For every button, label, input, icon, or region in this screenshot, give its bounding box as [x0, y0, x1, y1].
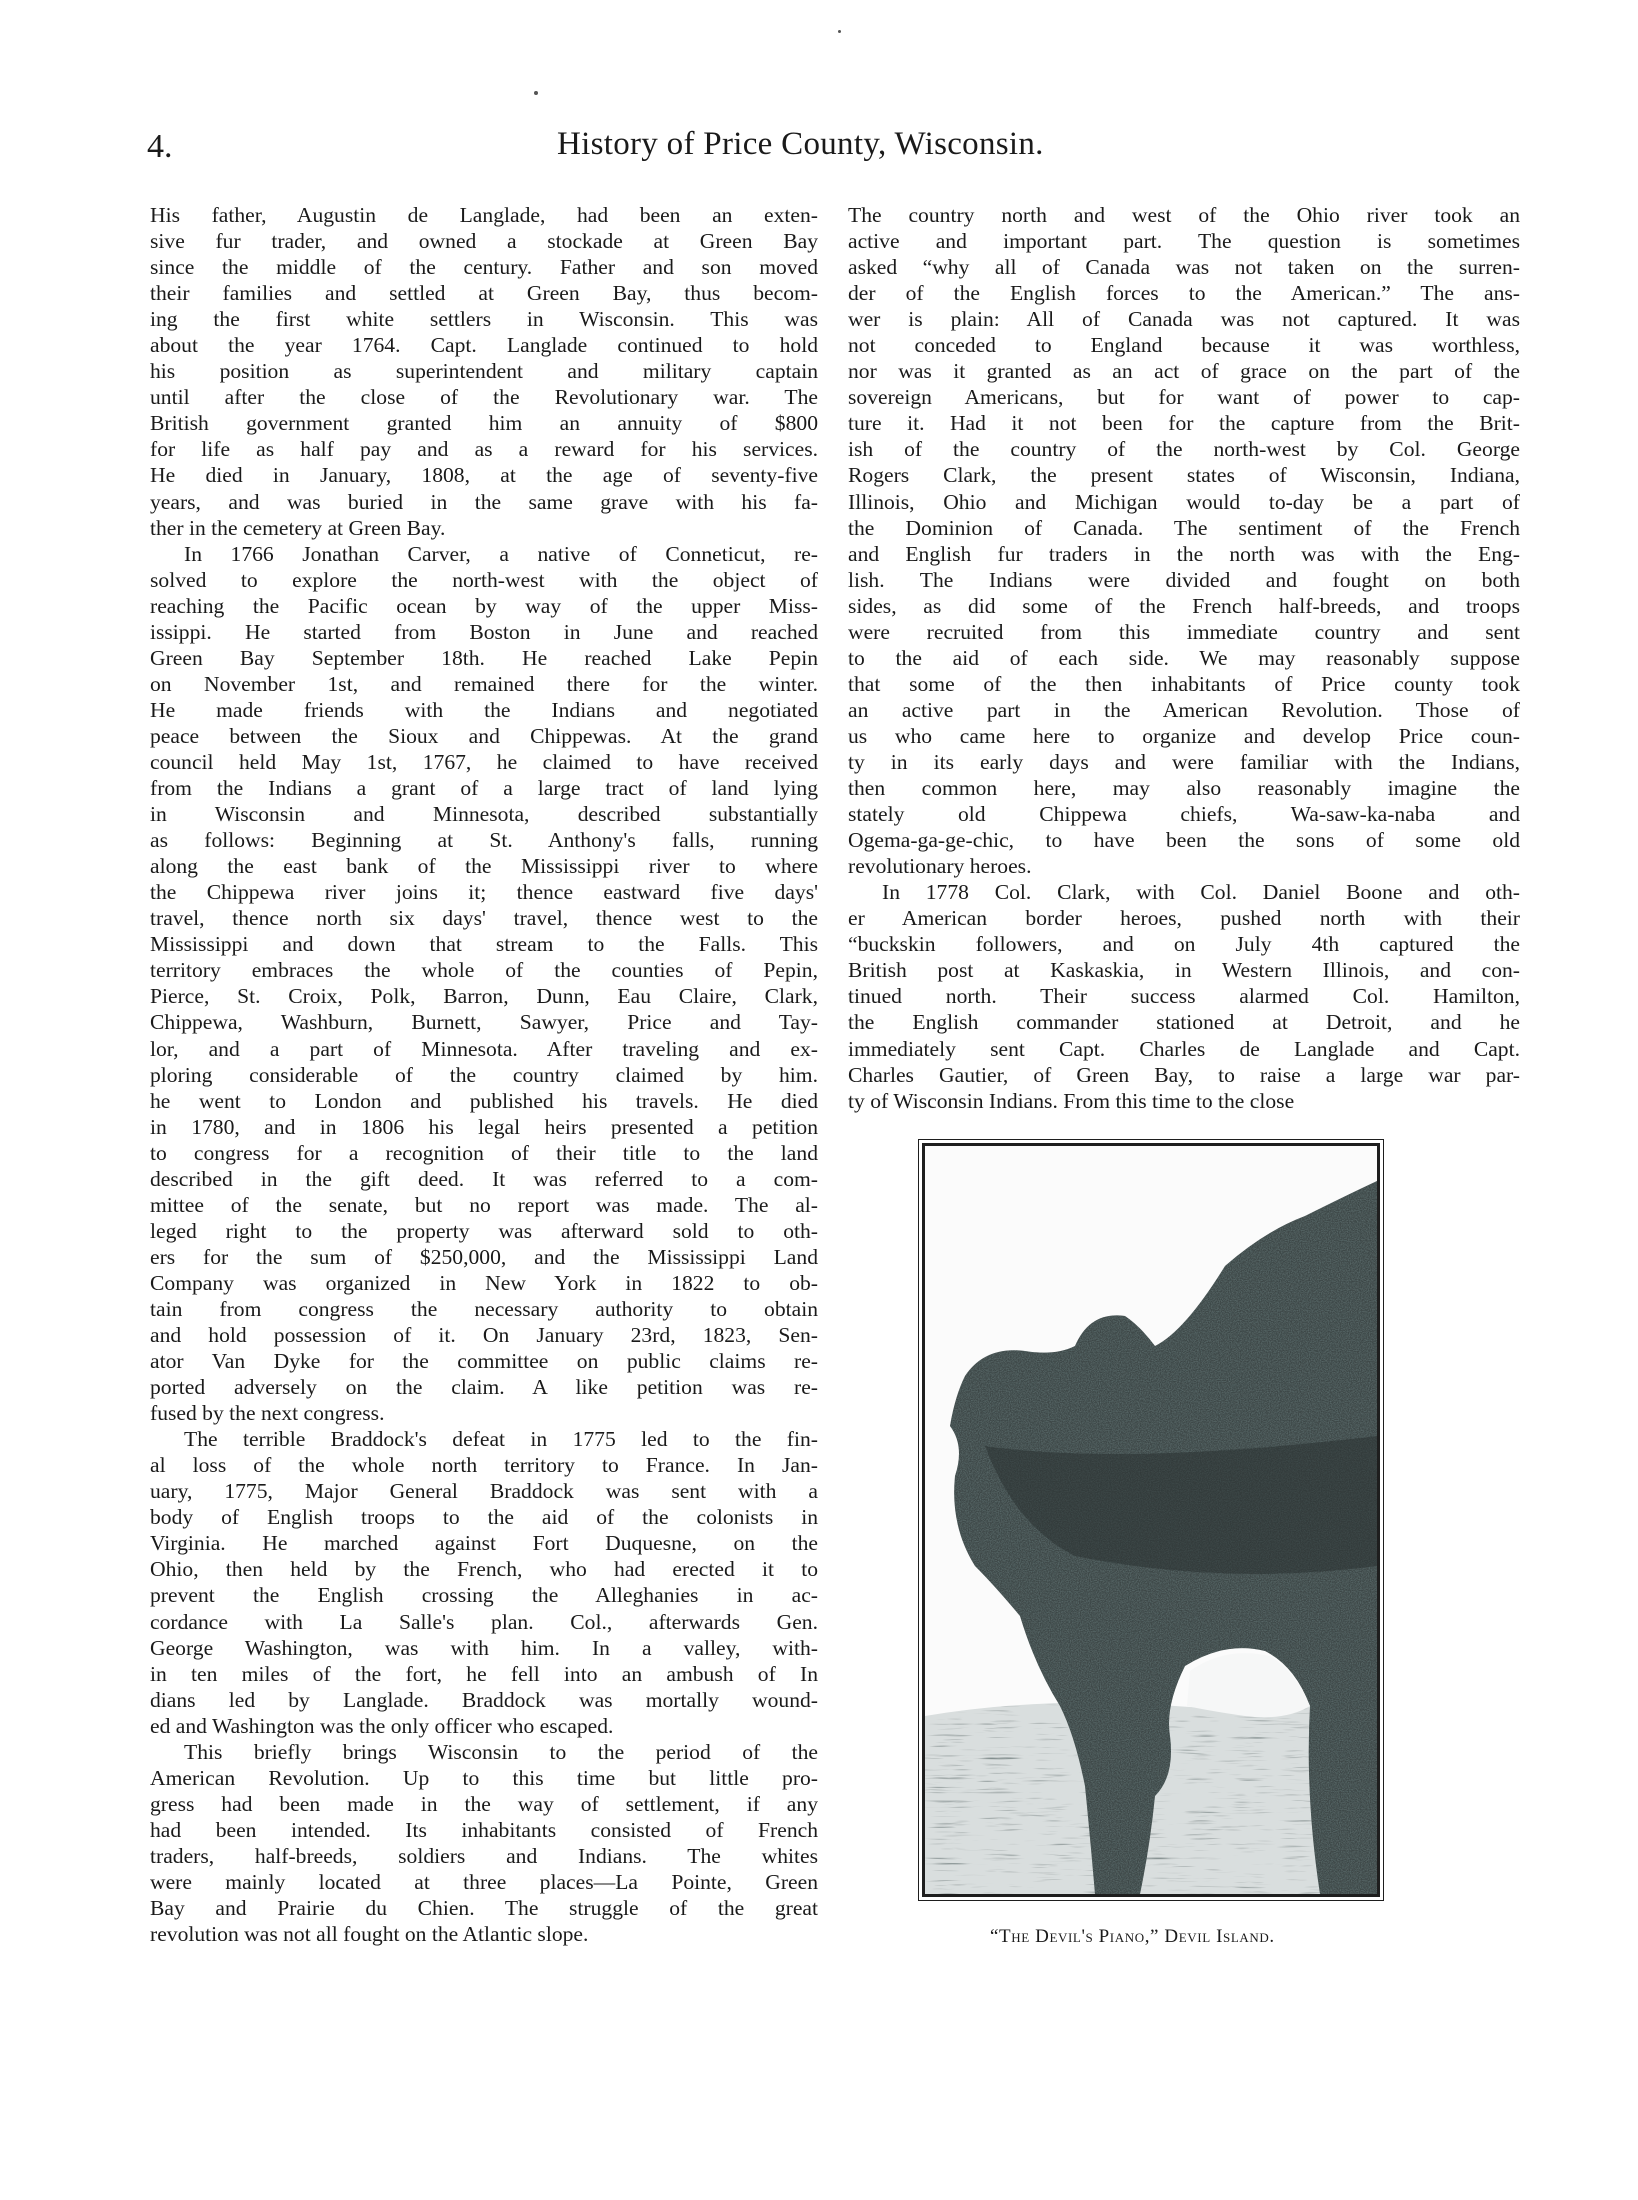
text-line: travel, thence north six days' travel, t…: [150, 905, 818, 931]
left-column: His father, Augustin de Langlade, had be…: [150, 202, 818, 1947]
text-line: cordance with La Salle's plan. Col., aft…: [150, 1609, 818, 1635]
text-line: British post at Kaskaskia, in Western Il…: [848, 957, 1520, 983]
rock-arch-engraving: [925, 1146, 1377, 1894]
text-line: leged right to the property was afterwar…: [150, 1218, 818, 1244]
text-line: their families and settled at Green Bay,…: [150, 280, 818, 306]
text-line: revolution was not all fought on the Atl…: [150, 1921, 818, 1947]
text-line: on November 1st, and remained there for …: [150, 671, 818, 697]
text-line: from the Indians a grant of a large trac…: [150, 775, 818, 801]
text-line: not conceded to England because it was w…: [848, 332, 1520, 358]
text-line: years, and was buried in the same grave …: [150, 489, 818, 515]
text-line: reaching the Pacific ocean by way of the…: [150, 593, 818, 619]
text-line: Company was organized in New York in 182…: [150, 1270, 818, 1296]
text-line: the Chippewa river joins it; thence east…: [150, 879, 818, 905]
text-line: the Dominion of Canada. The sentiment of…: [848, 515, 1520, 541]
text-line: ing the first white settlers in Wisconsi…: [150, 306, 818, 332]
text-line: Rogers Clark, the present states of Wisc…: [848, 462, 1520, 488]
paragraph: In 1766 Jonathan Carver, a native of Con…: [150, 541, 818, 1427]
text-line: er American border heroes, pushed north …: [848, 905, 1520, 931]
text-line: American Revolution. Up to this time but…: [150, 1765, 818, 1791]
text-line: solved to explore the north-west with th…: [150, 567, 818, 593]
text-line: were recruited from this immediate count…: [848, 619, 1520, 645]
paragraph: The country north and west of the Ohio r…: [848, 202, 1520, 879]
text-line: Mississippi and down that stream to the …: [150, 931, 818, 957]
text-line: der of the English forces to the America…: [848, 280, 1520, 306]
text-line: nor was it granted as an act of grace on…: [848, 358, 1520, 384]
text-line: prevent the English crossing the Allegha…: [150, 1582, 818, 1608]
text-line: Chippewa, Washburn, Burnett, Sawyer, Pri…: [150, 1009, 818, 1035]
text-line: Illinois, Ohio and Michigan would to-day…: [848, 489, 1520, 515]
text-line: the English commander stationed at Detro…: [848, 1009, 1520, 1035]
text-line: ed and Washington was the only officer w…: [150, 1713, 818, 1739]
text-line: ator Van Dyke for the committee on publi…: [150, 1348, 818, 1374]
text-line: sides, as did some of the French half-br…: [848, 593, 1520, 619]
paragraph: This briefly brings Wisconsin to the per…: [150, 1739, 818, 1947]
text-line: ture it. Had it not been for the capture…: [848, 410, 1520, 436]
text-line: Ogema-ga-ge-chic, to have been the sons …: [848, 827, 1520, 853]
text-line: gress had been made in the way of settle…: [150, 1791, 818, 1817]
text-line: Virginia. He marched against Fort Duques…: [150, 1530, 818, 1556]
figure-caption: “The Devil's Piano,” Devil Island.: [990, 1926, 1275, 1948]
text-line: Pierce, St. Croix, Polk, Barron, Dunn, E…: [150, 983, 818, 1009]
text-line: ish of the country of the north-west by …: [848, 436, 1520, 462]
text-line: The terrible Braddock's defeat in 1775 l…: [150, 1426, 818, 1452]
text-line: described in the gift deed. It was refer…: [150, 1166, 818, 1192]
text-line: Ohio, then held by the French, who had e…: [150, 1556, 818, 1582]
text-line: This briefly brings Wisconsin to the per…: [150, 1739, 818, 1765]
text-line: In 1778 Col. Clark, with Col. Daniel Boo…: [848, 879, 1520, 905]
text-line: active and important part. The question …: [848, 228, 1520, 254]
paragraph: The terrible Braddock's defeat in 1775 l…: [150, 1426, 818, 1739]
text-line: tain from congress the necessary authori…: [150, 1296, 818, 1322]
scan-speck: [534, 91, 538, 95]
text-line: and hold possession of it. On January 23…: [150, 1322, 818, 1348]
text-line: al loss of the whole north territory to …: [150, 1452, 818, 1478]
text-line: Green Bay September 18th. He reached Lak…: [150, 645, 818, 671]
text-line: had been intended. Its inhabitants consi…: [150, 1817, 818, 1843]
text-line: ther in the cemetery at Green Bay.: [150, 515, 818, 541]
text-line: and English fur traders in the north was…: [848, 541, 1520, 567]
paragraph: In 1778 Col. Clark, with Col. Daniel Boo…: [848, 879, 1520, 1113]
text-line: his position as superintendent and milit…: [150, 358, 818, 384]
scan-speck: [838, 30, 841, 33]
text-line: issippi. He started from Boston in June …: [150, 619, 818, 645]
text-line: lor, and a part of Minnesota. After trav…: [150, 1036, 818, 1062]
text-line: He made friends with the Indians and neg…: [150, 697, 818, 723]
text-line: about the year 1764. Capt. Langlade cont…: [150, 332, 818, 358]
text-line: then common here, may also reasonably im…: [848, 775, 1520, 801]
paragraph: His father, Augustin de Langlade, had be…: [150, 202, 818, 541]
text-line: along the east bank of the Mississippi r…: [150, 853, 818, 879]
text-line: that some of the then inhabitants of Pri…: [848, 671, 1520, 697]
text-line: until after the close of the Revolutiona…: [150, 384, 818, 410]
text-line: ty in its early days and were familiar w…: [848, 749, 1520, 775]
text-line: dians led by Langlade. Braddock was mort…: [150, 1687, 818, 1713]
text-line: sovereign Americans, but for want of pow…: [848, 384, 1520, 410]
text-line: mittee of the senate, but no report was …: [150, 1192, 818, 1218]
text-line: for life as half pay and as a reward for…: [150, 436, 818, 462]
text-line: in 1780, and in 1806 his legal heirs pre…: [150, 1114, 818, 1140]
text-line: His father, Augustin de Langlade, had be…: [150, 202, 818, 228]
text-line: ploring considerable of the country clai…: [150, 1062, 818, 1088]
text-line: as follows: Beginning at St. Anthony's f…: [150, 827, 818, 853]
text-line: tinued north. Their success alarmed Col.…: [848, 983, 1520, 1009]
right-column: The country north and west of the Ohio r…: [848, 202, 1520, 1114]
text-line: in Wisconsin and Minnesota, described su…: [150, 801, 818, 827]
text-line: The country north and west of the Ohio r…: [848, 202, 1520, 228]
text-line: traders, half-breeds, soldiers and India…: [150, 1843, 818, 1869]
text-line: peace between the Sioux and Chippewas. A…: [150, 723, 818, 749]
page-number: 4.: [147, 128, 173, 166]
text-line: since the middle of the century. Father …: [150, 254, 818, 280]
text-line: stately old Chippewa chiefs, Wa-saw-ka-n…: [848, 801, 1520, 827]
running-head: History of Price County, Wisconsin.: [557, 126, 1044, 163]
illustration-devils-piano: [922, 1143, 1380, 1897]
text-line: territory embraces the whole of the coun…: [150, 957, 818, 983]
text-line: an active part in the American Revolutio…: [848, 697, 1520, 723]
text-line: British government granted him an annuit…: [150, 410, 818, 436]
text-line: fused by the next congress.: [150, 1400, 818, 1426]
text-line: immediately sent Capt. Charles de Langla…: [848, 1036, 1520, 1062]
text-line: us who came here to organize and develop…: [848, 723, 1520, 749]
text-line: wer is plain: All of Canada was not capt…: [848, 306, 1520, 332]
text-line: asked “why all of Canada was not taken o…: [848, 254, 1520, 280]
text-line: he went to London and published his trav…: [150, 1088, 818, 1114]
text-line: ers for the sum of $250,000, and the Mis…: [150, 1244, 818, 1270]
text-line: Bay and Prairie du Chien. The struggle o…: [150, 1895, 818, 1921]
text-line: lish. The Indians were divided and fough…: [848, 567, 1520, 593]
text-line: Charles Gautier, of Green Bay, to raise …: [848, 1062, 1520, 1088]
text-line: body of English troops to the aid of the…: [150, 1504, 818, 1530]
text-line: uary, 1775, Major General Braddock was s…: [150, 1478, 818, 1504]
text-line: council held May 1st, 1767, he claimed t…: [150, 749, 818, 775]
text-line: “buckskin followers, and on July 4th cap…: [848, 931, 1520, 957]
text-line: in ten miles of the fort, he fell into a…: [150, 1661, 818, 1687]
text-line: ty of Wisconsin Indians. From this time …: [848, 1088, 1520, 1114]
text-line: to congress for a recognition of their t…: [150, 1140, 818, 1166]
text-line: sive fur trader, and owned a stockade at…: [150, 228, 818, 254]
text-line: to the aid of each side. We may reasonab…: [848, 645, 1520, 671]
text-line: were mainly located at three places—La P…: [150, 1869, 818, 1895]
text-line: ported adversely on the claim. A like pe…: [150, 1374, 818, 1400]
text-line: In 1766 Jonathan Carver, a native of Con…: [150, 541, 818, 567]
text-line: George Washington, was with him. In a va…: [150, 1635, 818, 1661]
text-line: revolutionary heroes.: [848, 853, 1520, 879]
text-line: He died in January, 1808, at the age of …: [150, 462, 818, 488]
